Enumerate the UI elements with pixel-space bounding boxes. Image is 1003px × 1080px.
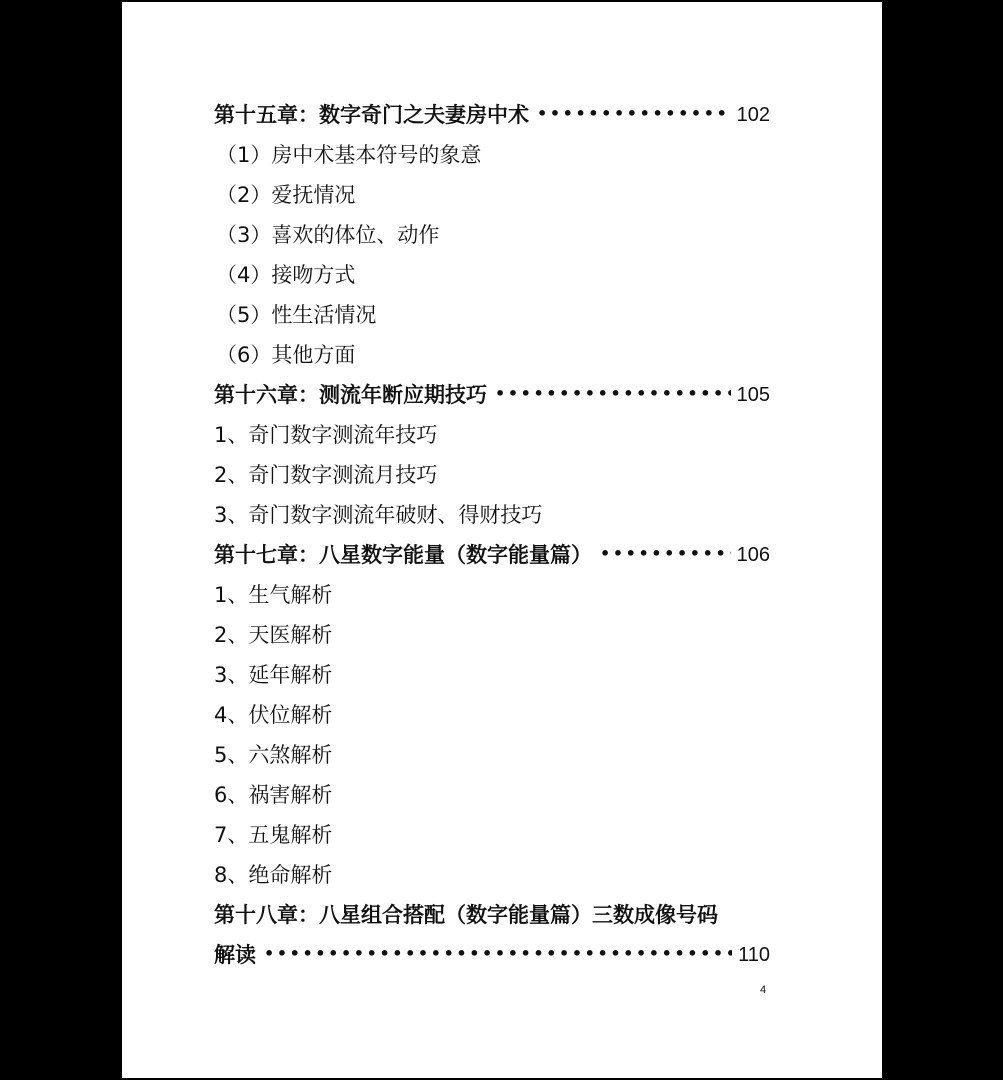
toc-entry-title: 解读 [214,935,256,975]
leader-dots: ••••••••••••••••••••••••••••••••••••••••… [495,374,731,414]
toc-entry-title: 第十五章：数字奇门之夫妻房中术 [214,95,529,135]
toc-page-number: 106 [737,535,770,575]
toc-item[interactable]: （3）喜欢的体位、动作 [216,215,772,255]
toc-entry-title: 7、五鬼解析 [214,815,332,855]
toc-item[interactable]: 1、奇门数字测流年技巧 [214,415,770,455]
toc-chapter-15[interactable]: 第十五章：数字奇门之夫妻房中术 ••••••••••••••••••••••••… [214,95,770,135]
toc-item[interactable]: （5）性生活情况 [216,295,772,335]
leader-dots: ••••••••••••••••••••••••••••••••••••••••… [264,934,732,974]
toc-chapter-16[interactable]: 第十六章：测流年断应期技巧 ••••••••••••••••••••••••••… [214,375,770,415]
toc-page-number: 102 [737,95,770,135]
toc-item[interactable]: 6、祸害解析 [214,775,770,815]
toc-entry-title: （5）性生活情况 [216,295,376,335]
toc-chapter-17[interactable]: 第十七章：八星数字能量（数字能量篇） •••••••••••••••••••••… [214,535,770,575]
toc-item[interactable]: 5、六煞解析 [214,735,770,775]
toc-entry-title: （3）喜欢的体位、动作 [216,215,439,255]
toc-entry-title: 2、奇门数字测流月技巧 [214,455,437,495]
toc-entry-title: （6）其他方面 [216,335,355,375]
toc-entry-title: 3、奇门数字测流年破财、得财技巧 [214,495,542,535]
toc-entry-title: 1、生气解析 [214,575,332,615]
toc-item[interactable]: 8、绝命解析 [214,855,770,895]
toc-item[interactable]: （6）其他方面 [216,335,772,375]
toc-entry-title: 第十八章：八星组合搭配（数字能量篇）三数成像号码 [214,895,718,935]
toc-item[interactable]: 3、延年解析 [214,655,770,695]
toc-item[interactable]: 4、伏位解析 [214,695,770,735]
toc-entry-title: （1）房中术基本符号的象意 [216,135,481,175]
toc-item[interactable]: 7、五鬼解析 [214,815,770,855]
toc-entry-title: （4）接吻方式 [216,255,355,295]
toc-entry-title: 6、祸害解析 [214,775,332,815]
toc-entry-title: 8、绝命解析 [214,855,332,895]
toc-chapter-18[interactable]: 第十八章：八星组合搭配（数字能量篇）三数成像号码 [214,895,770,935]
toc-item[interactable]: （4）接吻方式 [216,255,772,295]
leader-dots: ••••••••••••••••••••••••••••••••••••••••… [600,534,731,574]
toc-item[interactable]: （1）房中术基本符号的象意 [216,135,772,175]
document-page: 第十五章：数字奇门之夫妻房中术 ••••••••••••••••••••••••… [122,2,882,1078]
toc-entry-title: 3、延年解析 [214,655,332,695]
toc-entry-title: （2）爱抚情况 [216,175,355,215]
toc-item[interactable]: 3、奇门数字测流年破财、得财技巧 [214,495,770,535]
toc-entry-title: 2、天医解析 [214,615,332,655]
toc-chapter-18-continued[interactable]: 解读 •••••••••••••••••••••••••••••••••••••… [214,935,770,975]
toc-item[interactable]: 2、奇门数字测流月技巧 [214,455,770,495]
toc-entry-title: 5、六煞解析 [214,735,332,775]
page-number-footer: 4 [760,984,766,996]
leader-dots: ••••••••••••••••••••••••••••••••••••••••… [537,94,731,134]
toc-page-number: 110 [738,935,770,975]
toc-item[interactable]: 2、天医解析 [214,615,770,655]
toc-page-number: 105 [737,375,770,415]
toc-entry-title: 第十六章：测流年断应期技巧 [214,375,487,415]
toc-entry-title: 1、奇门数字测流年技巧 [214,415,437,455]
toc-entry-title: 4、伏位解析 [214,695,332,735]
toc-item[interactable]: （2）爱抚情况 [216,175,772,215]
toc-entry-title: 第十七章：八星数字能量（数字能量篇） [214,535,592,575]
toc-item[interactable]: 1、生气解析 [214,575,770,615]
